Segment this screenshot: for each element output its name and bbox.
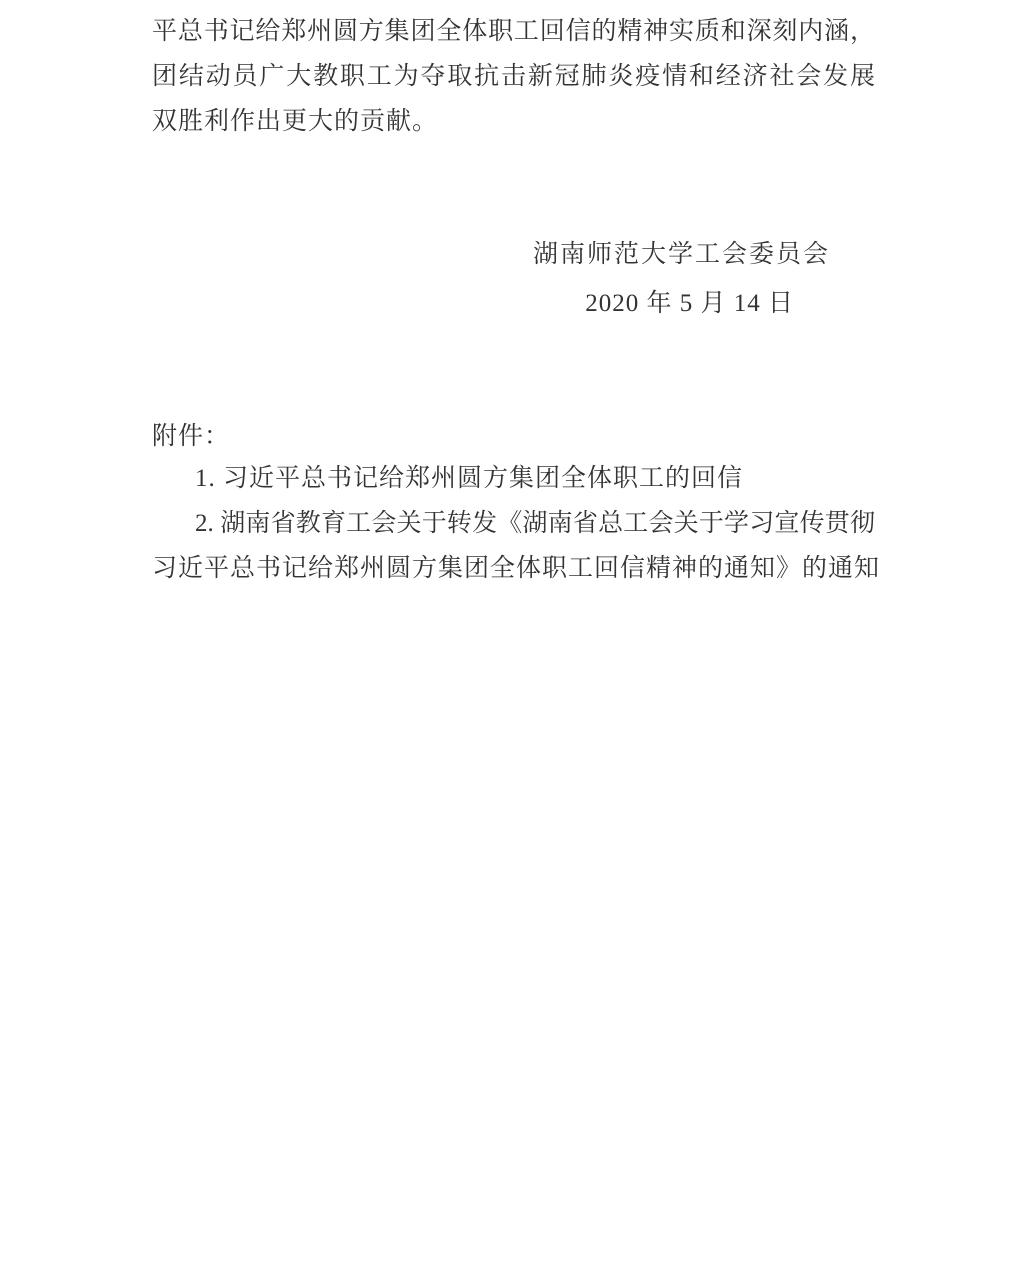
body-paragraph-line-2: 团结动员广大教职工为夺取抗击新冠肺炎疫情和经济社会发展 bbox=[152, 61, 875, 93]
attachment-item-2-line-1: 2. 湖南省教育工会关于转发《湖南省总工会关于学习宣传贯彻 bbox=[195, 508, 875, 540]
signature-organization: 湖南师范大学工会委员会 bbox=[533, 239, 830, 271]
signature-date: 2020 年 5 月 14 日 bbox=[585, 288, 794, 320]
body-paragraph-line-1: 平总书记给郑州圆方集团全体职工回信的精神实质和深刻内涵， bbox=[152, 16, 875, 48]
body-paragraph-line-3: 双胜利作出更大的贡献。 bbox=[152, 106, 875, 138]
attachment-item-1: 1. 习近平总书记给郑州圆方集团全体职工的回信 bbox=[195, 463, 875, 495]
attachments-label: 附件： bbox=[152, 421, 875, 453]
attachment-item-2-line-2: 习近平总书记给郑州圆方集团全体职工回信精神的通知》的通知 bbox=[152, 553, 875, 585]
document-page: 平总书记给郑州圆方集团全体职工回信的精神实质和深刻内涵， 团结动员广大教职工为夺… bbox=[0, 0, 1024, 1267]
